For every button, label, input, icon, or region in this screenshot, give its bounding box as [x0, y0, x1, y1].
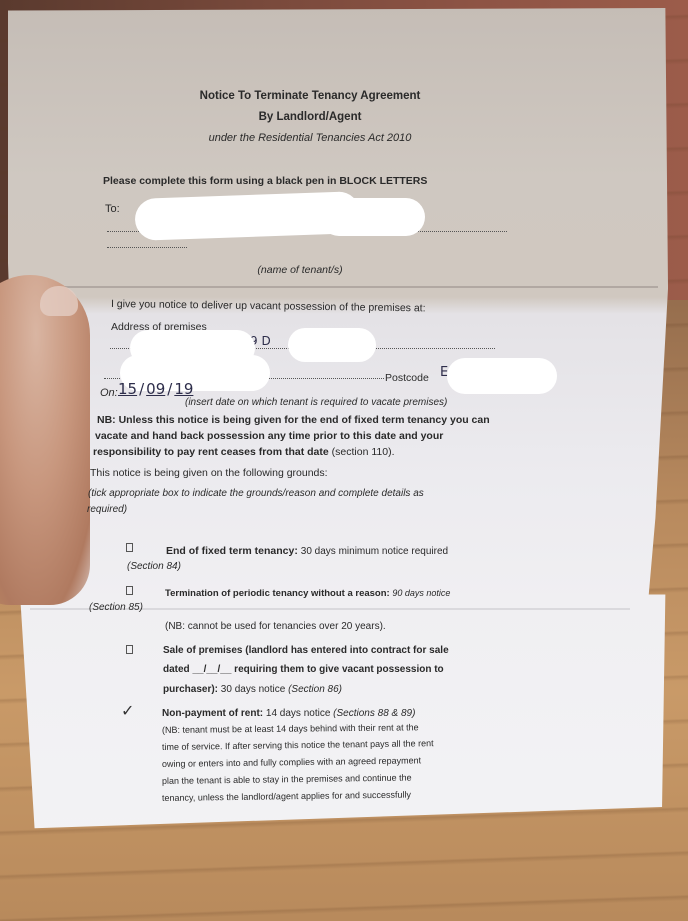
- ground-end-fixed-term: End of fixed term tenancy: 30 days minim…: [166, 544, 448, 559]
- tenant-name-line-2[interactable]: [107, 247, 187, 248]
- nb-line-3-section: (section 110).: [332, 446, 395, 458]
- checkmark-icon[interactable]: ✓: [121, 701, 134, 720]
- nb-line-2: vacate and hand back possession any time…: [95, 429, 443, 443]
- checkbox-periodic-no-reason[interactable]: [126, 586, 133, 595]
- document-act: under the Residential Tenancies Act 2010: [150, 131, 470, 145]
- ground-3-dated-label: dated: [163, 664, 190, 675]
- ground-4-title: Non-payment of rent:: [162, 708, 263, 719]
- form-instruction: Please complete this form using a black …: [103, 174, 427, 188]
- nb-line-3-bold: responsibility to pay rent ceases from t…: [93, 446, 329, 458]
- ground-3-detail: 30 days notice: [221, 684, 286, 695]
- ground-non-payment: Non-payment of rent: 14 days notice (Sec…: [162, 707, 415, 721]
- ground-4-detail: 14 days notice: [266, 708, 331, 719]
- ground-3-purchaser: purchaser):: [163, 684, 218, 695]
- tenancy-notice-document: Notice To Terminate Tenancy Agreement By…: [0, 0, 688, 921]
- ground-1-section: (Section 84): [127, 560, 181, 574]
- redacted-postcode: [447, 358, 557, 394]
- redacted-tenant-name-2: [320, 198, 425, 236]
- to-label: To:: [105, 202, 120, 216]
- notice-line: I give you notice to deliver up vacant p…: [111, 297, 426, 315]
- vacate-date-day: 15: [118, 380, 137, 398]
- vacate-date-hint: (insert date on which tenant is required…: [185, 396, 447, 410]
- postcode-label: Postcode: [385, 371, 429, 385]
- checkbox-end-fixed-term[interactable]: [126, 543, 133, 552]
- tenant-caption: (name of tenant/s): [200, 263, 400, 277]
- vacate-date-month: 09: [146, 380, 165, 398]
- ground-3-line-2: dated __/__/__ requiring them to give va…: [163, 663, 444, 677]
- grounds-intro: This notice is being given on the follow…: [90, 466, 328, 480]
- ground-3-line-1: Sale of premises (landlord has entered i…: [163, 644, 449, 658]
- redacted-address-2: [288, 328, 376, 362]
- ground-periodic-no-reason: Termination of periodic tenancy without …: [165, 586, 450, 601]
- grounds-hint-2: required): [87, 503, 127, 517]
- document-title: Notice To Terminate Tenancy Agreement: [150, 89, 470, 103]
- on-label: On:: [100, 386, 118, 400]
- document-subtitle: By Landlord/Agent: [150, 110, 470, 124]
- ground-2-note: (NB: cannot be used for tenancies over 2…: [165, 620, 386, 634]
- grounds-hint-1: (tick appropriate box to indicate the gr…: [88, 487, 424, 501]
- ground-1-detail: 30 days minimum notice required: [301, 546, 448, 557]
- ground-2-detail: 90 days notice: [392, 588, 450, 598]
- ground-3-line-3: purchaser): 30 days notice (Section 86): [163, 683, 342, 697]
- ground-1-title: End of fixed term tenancy:: [166, 545, 298, 557]
- ground-4-note-2: time of service. If after serving this n…: [162, 736, 434, 754]
- nb-line-3: responsibility to pay rent ceases from t…: [93, 445, 395, 459]
- ground-3-sale-date-blank[interactable]: __/__/__: [192, 664, 231, 675]
- nb-line-1: NB: Unless this notice is being given fo…: [97, 413, 490, 427]
- ground-4-note-1: (NB: tenant must be at least 14 days beh…: [162, 720, 419, 737]
- checkbox-sale-of-premises[interactable]: [126, 645, 133, 654]
- ground-4-note-3: owing or enters into and fully complies …: [162, 753, 421, 771]
- ground-3-requiring: requiring them to give vacant possession…: [234, 664, 444, 675]
- ground-2-title: Termination of periodic tenancy without …: [165, 588, 390, 599]
- vacate-date-field[interactable]: 15/ 09/ 19: [118, 380, 193, 398]
- ground-4-note-4: plan the tenant is able to stay in the p…: [162, 771, 412, 788]
- ground-4-section: (Sections 88 & 89): [333, 708, 415, 719]
- ground-4-note-5: tenancy, unless the landlord/agent appli…: [162, 788, 411, 805]
- ground-3-section: (Section 86): [288, 684, 342, 695]
- ground-2-section: (Section 85): [89, 601, 143, 615]
